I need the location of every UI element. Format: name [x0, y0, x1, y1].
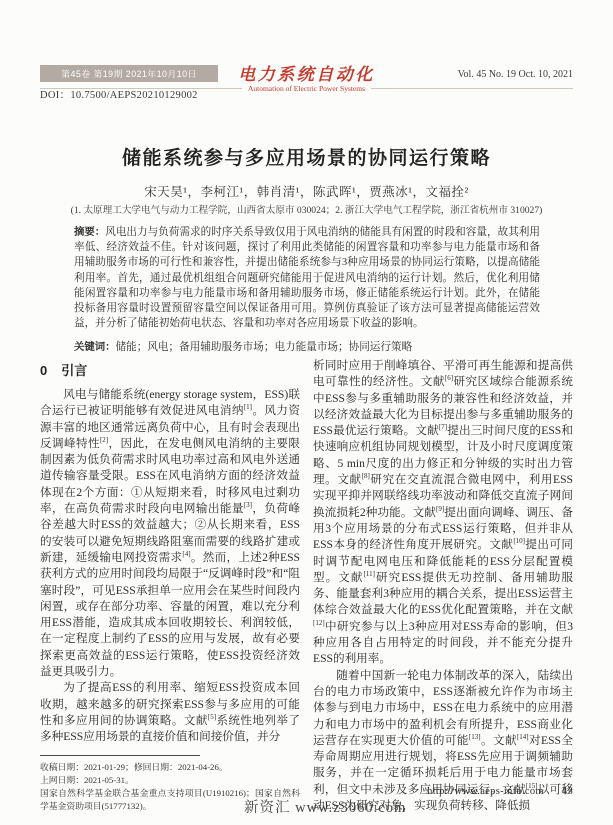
article-title: 储能系统参与多应用场景的协同运行策略: [0, 143, 613, 170]
abstract-label: 摘要：: [74, 227, 105, 238]
footnote-separator: [40, 755, 200, 756]
abstract: 摘要：风电出力与负荷需求的时序关系导致仅用于风电消纳的储能具有闲置的时段和容量，…: [74, 225, 540, 331]
footer-url: http://www.aeps-info.com: [427, 786, 544, 797]
journal-subtitle: Automation of Electric Power Systems: [248, 84, 365, 93]
paragraph: 析同时应用于削峰填谷、平滑可再生能源和提高供电可靠性的经济性。文献[6]研究区域…: [313, 358, 573, 668]
author-line: 宋天昊¹，李柯江¹，韩肖清¹，陈武晖¹，贾燕冰¹，文福拴²: [0, 182, 613, 200]
section-heading: 0引言: [40, 360, 300, 379]
paper-page: 第45卷 第19期 2021年10月10日 DOI：10.7500/AEPS20…: [0, 0, 613, 825]
paragraph: 为了提高ESS的利用率、缩短ESS投资成本回收期，越来越多的研究探索ESS参与多…: [40, 680, 300, 745]
keywords: 关键词：储能；风电；备用辅助服务市场；电力能量市场；协同运行策略: [74, 338, 540, 354]
keywords-label: 关键词：: [74, 342, 116, 353]
keywords-text: 储能；风电；备用辅助服务市场；电力能量市场；协同运行策略: [116, 342, 413, 353]
abstract-text: 风电出力与负荷需求的时序关系导致仅用于风电消纳的储能具有闲置的时段和容量，故其利…: [74, 227, 540, 329]
page-footer: http://www.aeps-info.com 43: [427, 786, 573, 797]
left-column: 0引言 风电与储能系统(energy storage system，ESS)联合…: [40, 358, 300, 814]
header-rule-right: [371, 88, 573, 89]
body-columns: 0引言 风电与储能系统(energy storage system，ESS)联合…: [40, 358, 573, 814]
footnote-received-dates: 收稿日期：2021-01-29；修回日期：2021-04-26。: [40, 761, 300, 774]
paragraph: 风电与储能系统(energy storage system，ESS)联合运行已被…: [40, 387, 300, 680]
footnote-online-date: 上网日期：2021-05-31。: [40, 774, 300, 787]
right-column: 析同时应用于削峰填谷、平滑可再生能源和提高供电可靠性的经济性。文献[6]研究区域…: [313, 358, 573, 814]
watermark: 新资汇 www.z3060.com: [244, 796, 406, 817]
section-number: 0: [40, 363, 47, 378]
page-number: 43: [562, 786, 573, 797]
affiliation-line: (1. 太原理工大学电气与动力工程学院，山西省太原市 030024；2. 浙江大…: [0, 202, 613, 216]
section-title: 引言: [61, 363, 87, 378]
journal-subtitle-row: Automation of Electric Power Systems: [40, 84, 573, 93]
header-rule-left: [40, 88, 242, 89]
volume-info: Vol. 45 No. 19 Oct. 10, 2021: [458, 69, 573, 80]
